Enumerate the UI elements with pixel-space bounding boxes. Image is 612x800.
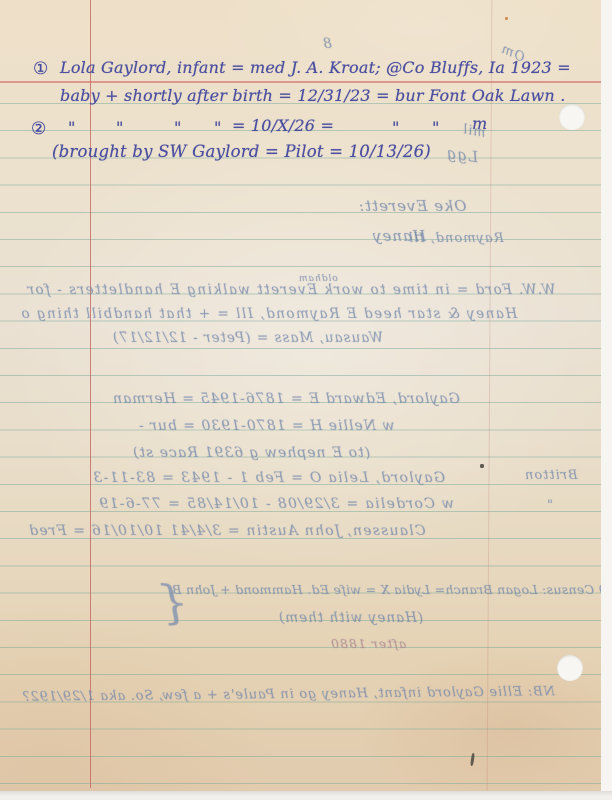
entry1-line2: baby + shortly after birth = 12/31/23 = … [60,86,566,105]
entry2-ditto-3: " [174,118,182,137]
ghost-raymond: Raymond, Ill [408,231,504,246]
ghost-band-b1: Gaylord, Edward E = 1876-1945 = Herman [112,391,460,407]
entry2-ditto-7: m [472,114,487,133]
ghost-band-b4: Gaylord, Lelia O = Feb 1 - 1943 = 83-11-… [92,470,445,486]
hole-punch-top [559,104,585,130]
entry1-number: ① [33,59,48,79]
ghost-band-a3: Wausau, Mass = (Peter - 12/12/17) [112,330,383,346]
ghost-band-c1: (1860 Census: Logan Branch= Lydia X = wi… [172,582,612,597]
left-margin-red-line [90,0,91,788]
entry2-note: (brought by SW Gaylord = Pilot = 10/13/2… [52,142,431,161]
entry2-ditto-2: " [116,118,124,137]
ink-speck-middle [480,464,484,468]
ghost-band-b4-right: Britton [524,468,578,483]
entry2-date: = 10/X/26 = [232,116,334,135]
hole-punch-bottom [557,655,583,681]
ghost-top-digit: 8 [322,36,332,52]
orange-speck-top [505,17,508,20]
ghost-top-right-3: Lgg [445,144,479,166]
ghost-bottom-line: NB: Ellie Gaylord infant, Haney go in Pa… [22,684,555,705]
ghost-band-b5-right: " [546,498,553,513]
bleedthrough-margin-line [487,0,493,791]
ghost-band-b5: w Cordelia = 3/29/08 - 10/14/85 = 77-6-1… [98,496,454,512]
ghost-band-a1: W.W. Ford = in time to work Everett walk… [26,282,555,298]
entry2-number: ② [31,119,46,139]
ghost-band-a2: Haney & star heed E Raymond, Ill = + tha… [20,306,517,322]
ghost-band-b2: w Nellie H = 1870-1930 = bur - [138,418,394,434]
ghost-band-b6: Claussen, John Austin = 3/4/41 10/10/16 … [28,523,426,539]
ghost-everett: Oke Everett: [358,197,467,215]
ghost-band-c3-red: after 1880 [330,636,406,651]
entry2-ditto-4: " [214,118,222,137]
ghost-band-c2: (Haney with them) [278,610,423,626]
scan-edge-bottom [0,791,612,800]
entry2-ditto-1: " [68,118,76,137]
entry1-line1: Lola Gaylord, infant = med J. A. Kroat; … [60,58,571,77]
notebook-page: 8 Om mil Lgg Oke Everett: Haney Raymond,… [0,0,601,791]
ghost-band-b3: (to E nephew g 6391 Race st) [132,445,370,461]
scan-edge-right [601,0,612,800]
entry2-ditto-5: " [392,118,400,137]
scanner-background: 8 Om mil Lgg Oke Everett: Haney Raymond,… [0,0,612,800]
ink-speck-bottom [470,753,475,766]
entry2-ditto-6: " [432,118,440,137]
